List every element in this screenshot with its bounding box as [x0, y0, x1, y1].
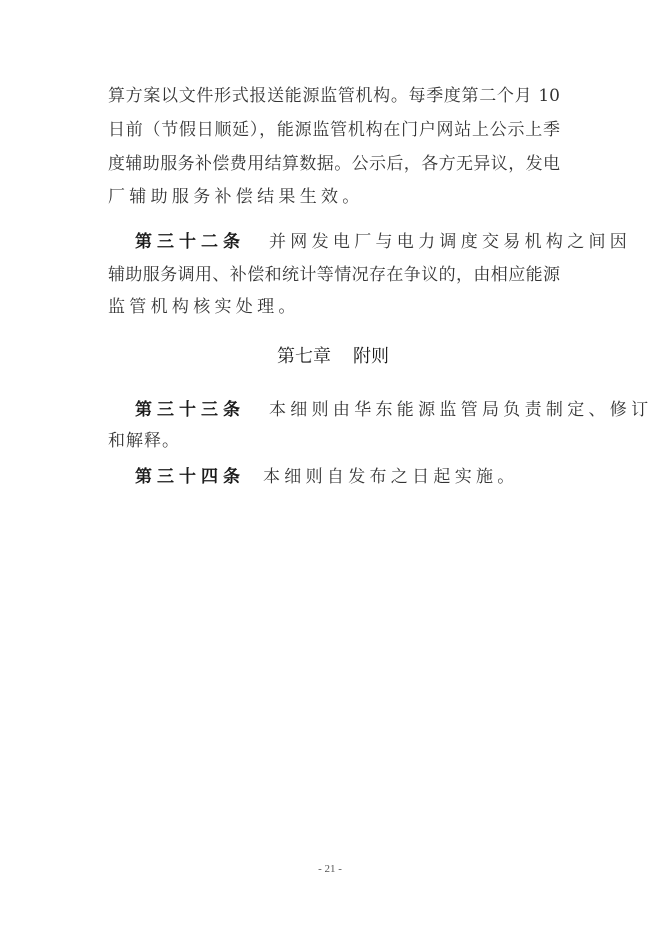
article-34-first-line: 第三十四条本细则自发布之日起实施。: [135, 465, 560, 489]
paragraph-line: 厂辅助服务补偿结果生效。: [108, 185, 560, 209]
article-33-line: 和解释。: [108, 429, 560, 453]
article-label: 第三十四条: [135, 467, 245, 487]
page-number: - 21 -: [0, 862, 660, 876]
paragraph-line: 度辅助服务补偿费用结算数据。公示后，各方无异议，发电: [108, 152, 560, 176]
article-label: 第三十二条: [135, 232, 245, 252]
document-page: 算方案以文件形式报送能源监管机构。每季度第二个月 10 日前（节假日顺延），能源…: [0, 0, 660, 933]
article-label: 第三十三条: [135, 400, 245, 420]
article-text: 并网发电厂与电力调度交易机构之间因: [269, 232, 631, 252]
article-32-line: 辅助服务调用、补偿和统计等情况存在争议的，由相应能源: [108, 263, 560, 287]
paragraph-line: 日前（节假日顺延），能源监管机构在门户网站上公示上季: [108, 118, 560, 142]
paragraph-line: 算方案以文件形式报送能源监管机构。每季度第二个月 10: [108, 84, 560, 108]
article-32-line: 监管机构核实处理。: [108, 295, 560, 319]
chapter-heading: 第七章附则: [0, 345, 660, 369]
article-32-first-line: 第三十二条并网发电厂与电力调度交易机构之间因: [135, 230, 560, 254]
article-text: 本细则由华东能源监管局负责制定、修订: [269, 400, 652, 420]
article-text: 本细则自发布之日起实施。: [263, 467, 519, 487]
chapter-number: 第七章: [277, 346, 331, 367]
chapter-title: 附则: [353, 346, 389, 367]
article-33-first-line: 第三十三条本细则由华东能源监管局负责制定、修订: [135, 398, 560, 422]
